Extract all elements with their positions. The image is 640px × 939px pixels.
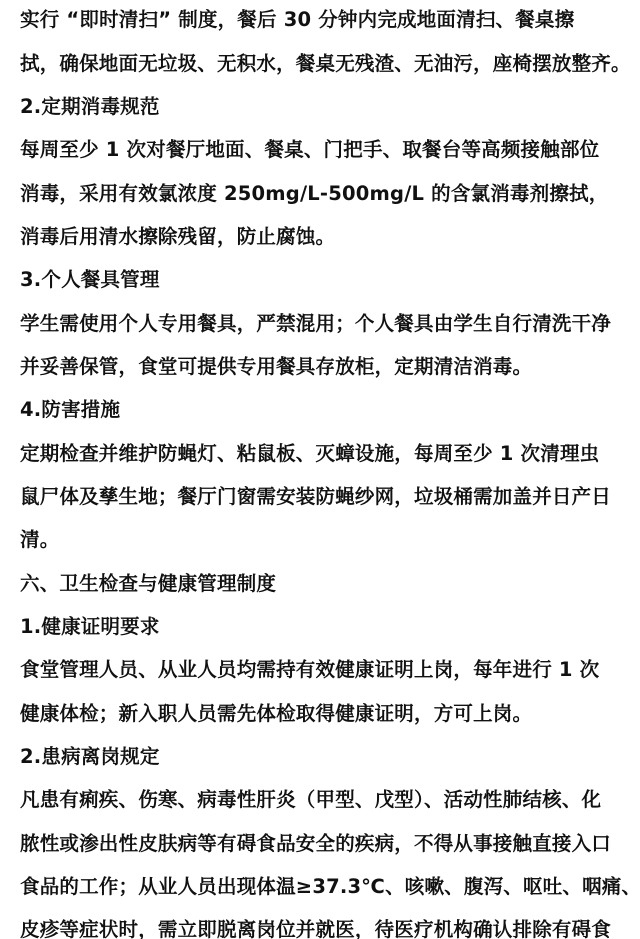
subheading: 1.健康证明要求 [20, 615, 160, 639]
body-line: 健康体检；新入职人员需先体检取得健康证明，方可上岗。 [20, 702, 532, 726]
subheading: 2.定期消毒规范 [20, 95, 160, 119]
subheading: 3.个人餐具管理 [20, 268, 160, 292]
body-line: 消毒，采用有效氯浓度 250mg/L-500mg/L 的含氯消毒剂擦拭， [20, 182, 608, 206]
body-line: 清。 [20, 528, 59, 552]
body-line: 皮疹等症状时，需立即脱离岗位并就医，待医疗机构确认排除有碍食 [20, 918, 611, 939]
subheading: 2.患病离岗规定 [20, 745, 160, 769]
body-line: 并妥善保管，食堂可提供专用餐具存放柜，定期清洁消毒。 [20, 355, 532, 379]
body-line: 每周至少 1 次对餐厅地面、餐桌、门把手、取餐台等高频接触部位 [20, 138, 599, 162]
body-line: 定期检查并维护防蝇灯、粘鼠板、灭蟑设施，每周至少 1 次清理虫 [20, 442, 599, 466]
body-line: 实行 “即时清扫” 制度，餐后 30 分钟内完成地面清扫、餐桌擦 [20, 8, 574, 32]
section-heading: 六、卫生检查与健康管理制度 [20, 572, 276, 596]
body-line: 鼠尸体及孳生地；餐厅门窗需安装防蝇纱网，垃圾桶需加盖并日产日 [20, 485, 611, 509]
body-line: 食堂管理人员、从业人员均需持有效健康证明上岗，每年进行 1 次 [20, 658, 599, 682]
body-line: 凡患有痢疾、伤寒、病毒性肝炎（甲型、戊型）、活动性肺结核、化 [20, 788, 601, 812]
body-line: 拭，确保地面无垃圾、无积水，餐桌无残渣、无油污，座椅摆放整齐。 [20, 52, 631, 76]
subheading: 4.防害措施 [20, 398, 120, 422]
body-line: 消毒后用清水擦除残留，防止腐蚀。 [20, 225, 335, 249]
body-line: 学生需使用个人专用餐具，严禁混用；个人餐具由学生自行清洗干净 [20, 312, 611, 336]
body-line: 脓性或渗出性皮肤病等有碍食品安全的疾病，不得从事接触直接入口 [20, 832, 611, 856]
body-line: 食品的工作；从业人员出现体温≥37.3℃、咳嗽、腹泻、呕吐、咽痛、 [20, 875, 640, 899]
